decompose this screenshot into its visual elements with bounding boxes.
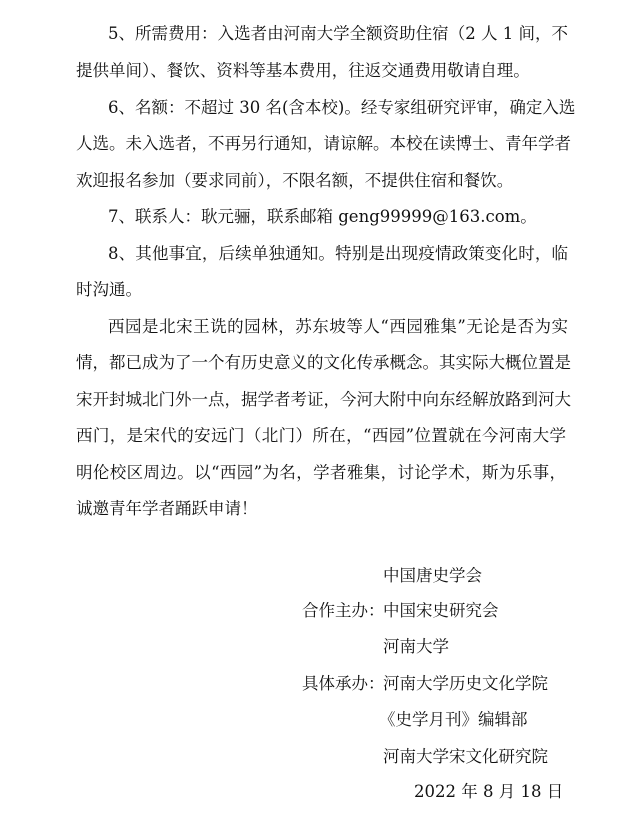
intro-line-4: 西门，是宋代的安远门（北门）所在，“西园”位置就在今河南大学 bbox=[76, 424, 566, 448]
item-5-line-1: 5、所需费用：入选者由河南大学全额资助住宿（2 人 1 间，不 bbox=[108, 22, 568, 46]
intro-line-3: 宋开封城北门外一点，据学者考证，今河大附中向东经解放路到河大 bbox=[76, 388, 566, 412]
intro-line-5: 明伦校区周边。以“西园”为名，学者雅集，讨论学术，斯为乐事， bbox=[76, 461, 566, 485]
host-3: 河南大学宋文化研究院 bbox=[383, 745, 548, 769]
item-6-line-2: 人选。未入选者，不再另行通知，请谅解。本校在读博士、青年学者 bbox=[76, 132, 566, 156]
host-2: 《史学月刊》编辑部 bbox=[379, 708, 528, 732]
item-8-line-2: 时沟通。 bbox=[76, 278, 566, 302]
document-page: 5、所需费用：入选者由河南大学全额资助住宿（2 人 1 间，不 提供单间）、餐饮… bbox=[0, 0, 641, 821]
co-organizer-3: 河南大学 bbox=[383, 635, 449, 659]
intro-line-1: 西园是北宋王诜的园林，苏东坡等人“西园雅集”无论是否为实 bbox=[108, 315, 568, 339]
co-organizer-1: 中国唐史学会 bbox=[383, 564, 482, 588]
intro-line-6: 诚邀青年学者踊跃申请！ bbox=[76, 497, 566, 521]
item-6-line-1: 6、名额：不超过 30 名(含本校)。经专家组研究评审，确定入选 bbox=[108, 96, 568, 120]
item-7-contact: 7、联系人：耿元骊，联系邮箱 geng99999@163.com。 bbox=[108, 205, 568, 229]
host-1: 河南大学历史文化学院 bbox=[383, 672, 548, 696]
co-organizers-label: 合作主办： bbox=[302, 599, 385, 623]
hosts-label: 具体承办： bbox=[302, 672, 385, 696]
item-5-line-2: 提供单间）、餐饮、资料等基本费用，往返交通费用敬请自理。 bbox=[76, 59, 566, 83]
item-8-line-1: 8、其他事宜，后续单独通知。特别是出现疫情政策变化时，临 bbox=[108, 242, 568, 266]
item-6-line-3: 欢迎报名参加（要求同前），不限名额，不提供住宿和餐饮。 bbox=[76, 169, 566, 193]
co-organizer-2: 中国宋史研究会 bbox=[383, 599, 499, 623]
document-date: 2022 年 8 月 18 日 bbox=[414, 780, 563, 804]
intro-line-2: 情，都已成为了一个有历史意义的文化传承概念。其实际大概位置是 bbox=[76, 351, 566, 375]
